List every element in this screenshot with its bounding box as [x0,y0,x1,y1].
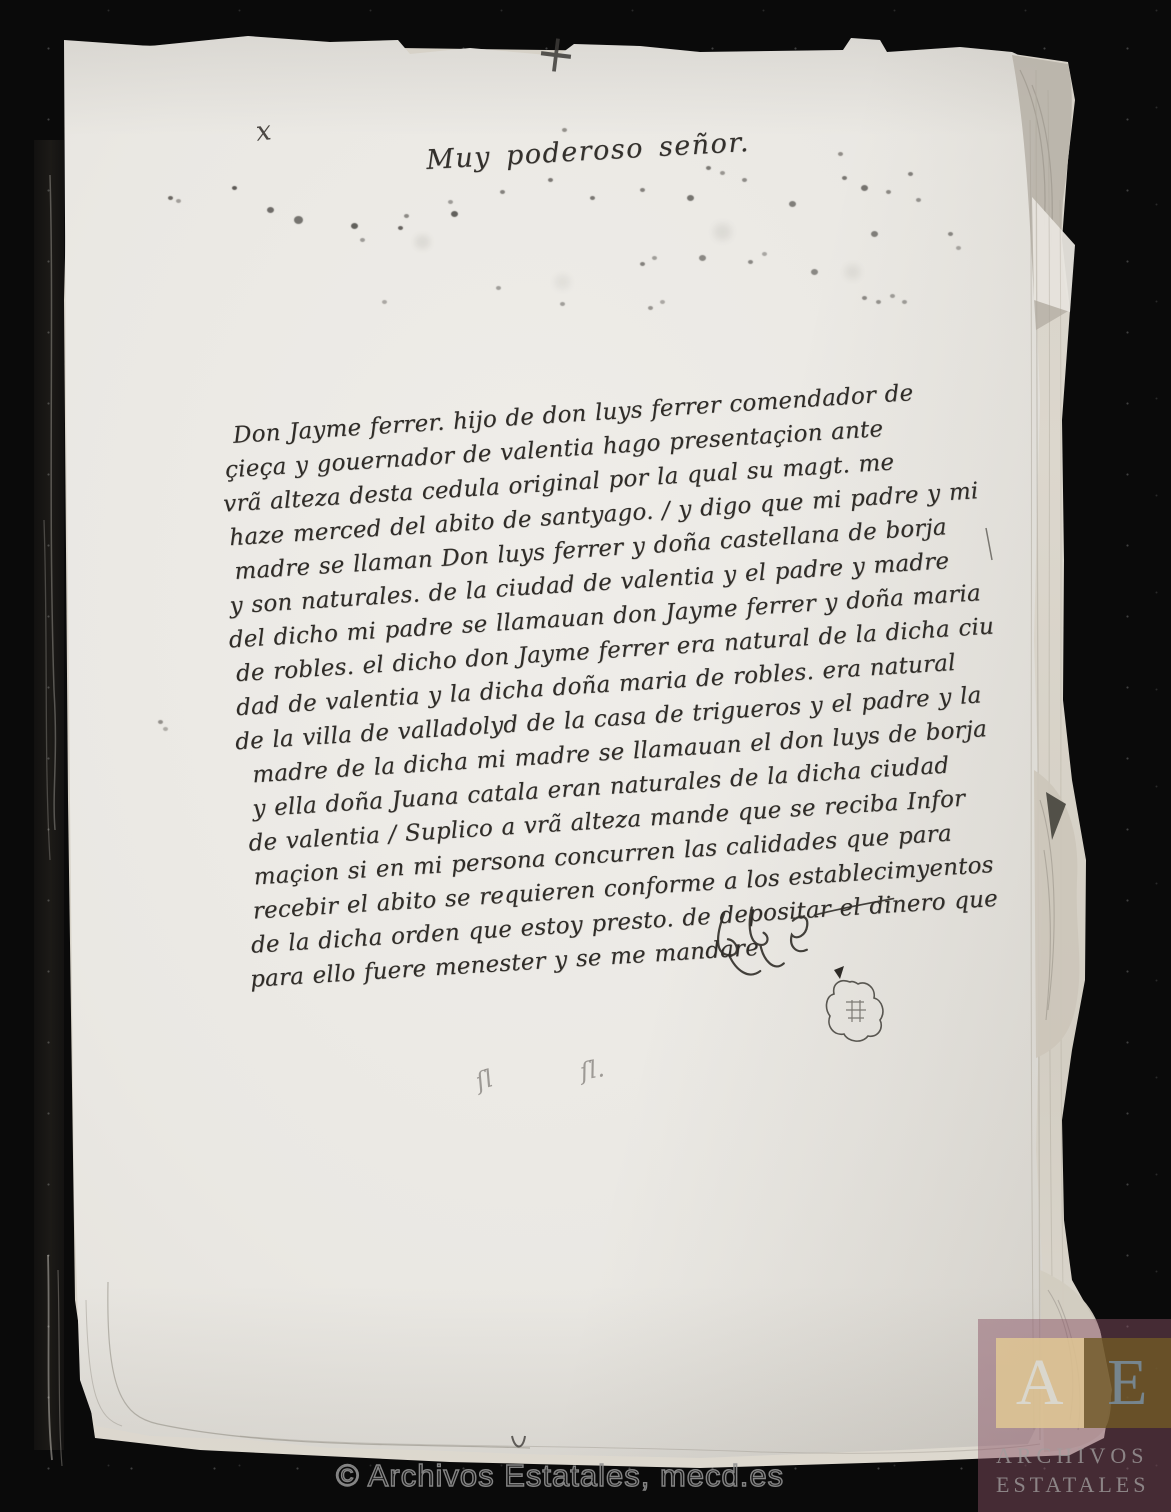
archival-pencil-mark: ſl. [578,1054,607,1086]
copyright-watermark: © Archivos Estatales, mecd.es [336,1458,784,1494]
archivos-estatales-logo: A E ARCHIVOS ESTATALES [978,1319,1171,1512]
scanned-manuscript-page: Muy poderoso señor. + x Don Jayme ferrer… [0,0,1171,1512]
logo-tile-a: A [996,1338,1084,1428]
logo-letter-a: A [1016,1350,1064,1416]
invocation-cross-mark: + [532,21,579,87]
ink-bleedthrough-specks [0,0,5,4]
logo-tile-e: E [1084,1338,1171,1428]
margin-x-mark: x [254,115,272,147]
petition-text-block: Don Jayme ferrer. hijo de don luys ferre… [215,371,1030,997]
logo-letter-tiles: A E [996,1338,1171,1428]
book-spine-edge [34,140,64,1450]
signature-rubric [695,883,911,992]
logo-text-estatales: ESTATALES [996,1472,1171,1498]
logo-text-archivos: ARCHIVOS [996,1443,1171,1469]
logo-letter-e: E [1107,1350,1147,1416]
